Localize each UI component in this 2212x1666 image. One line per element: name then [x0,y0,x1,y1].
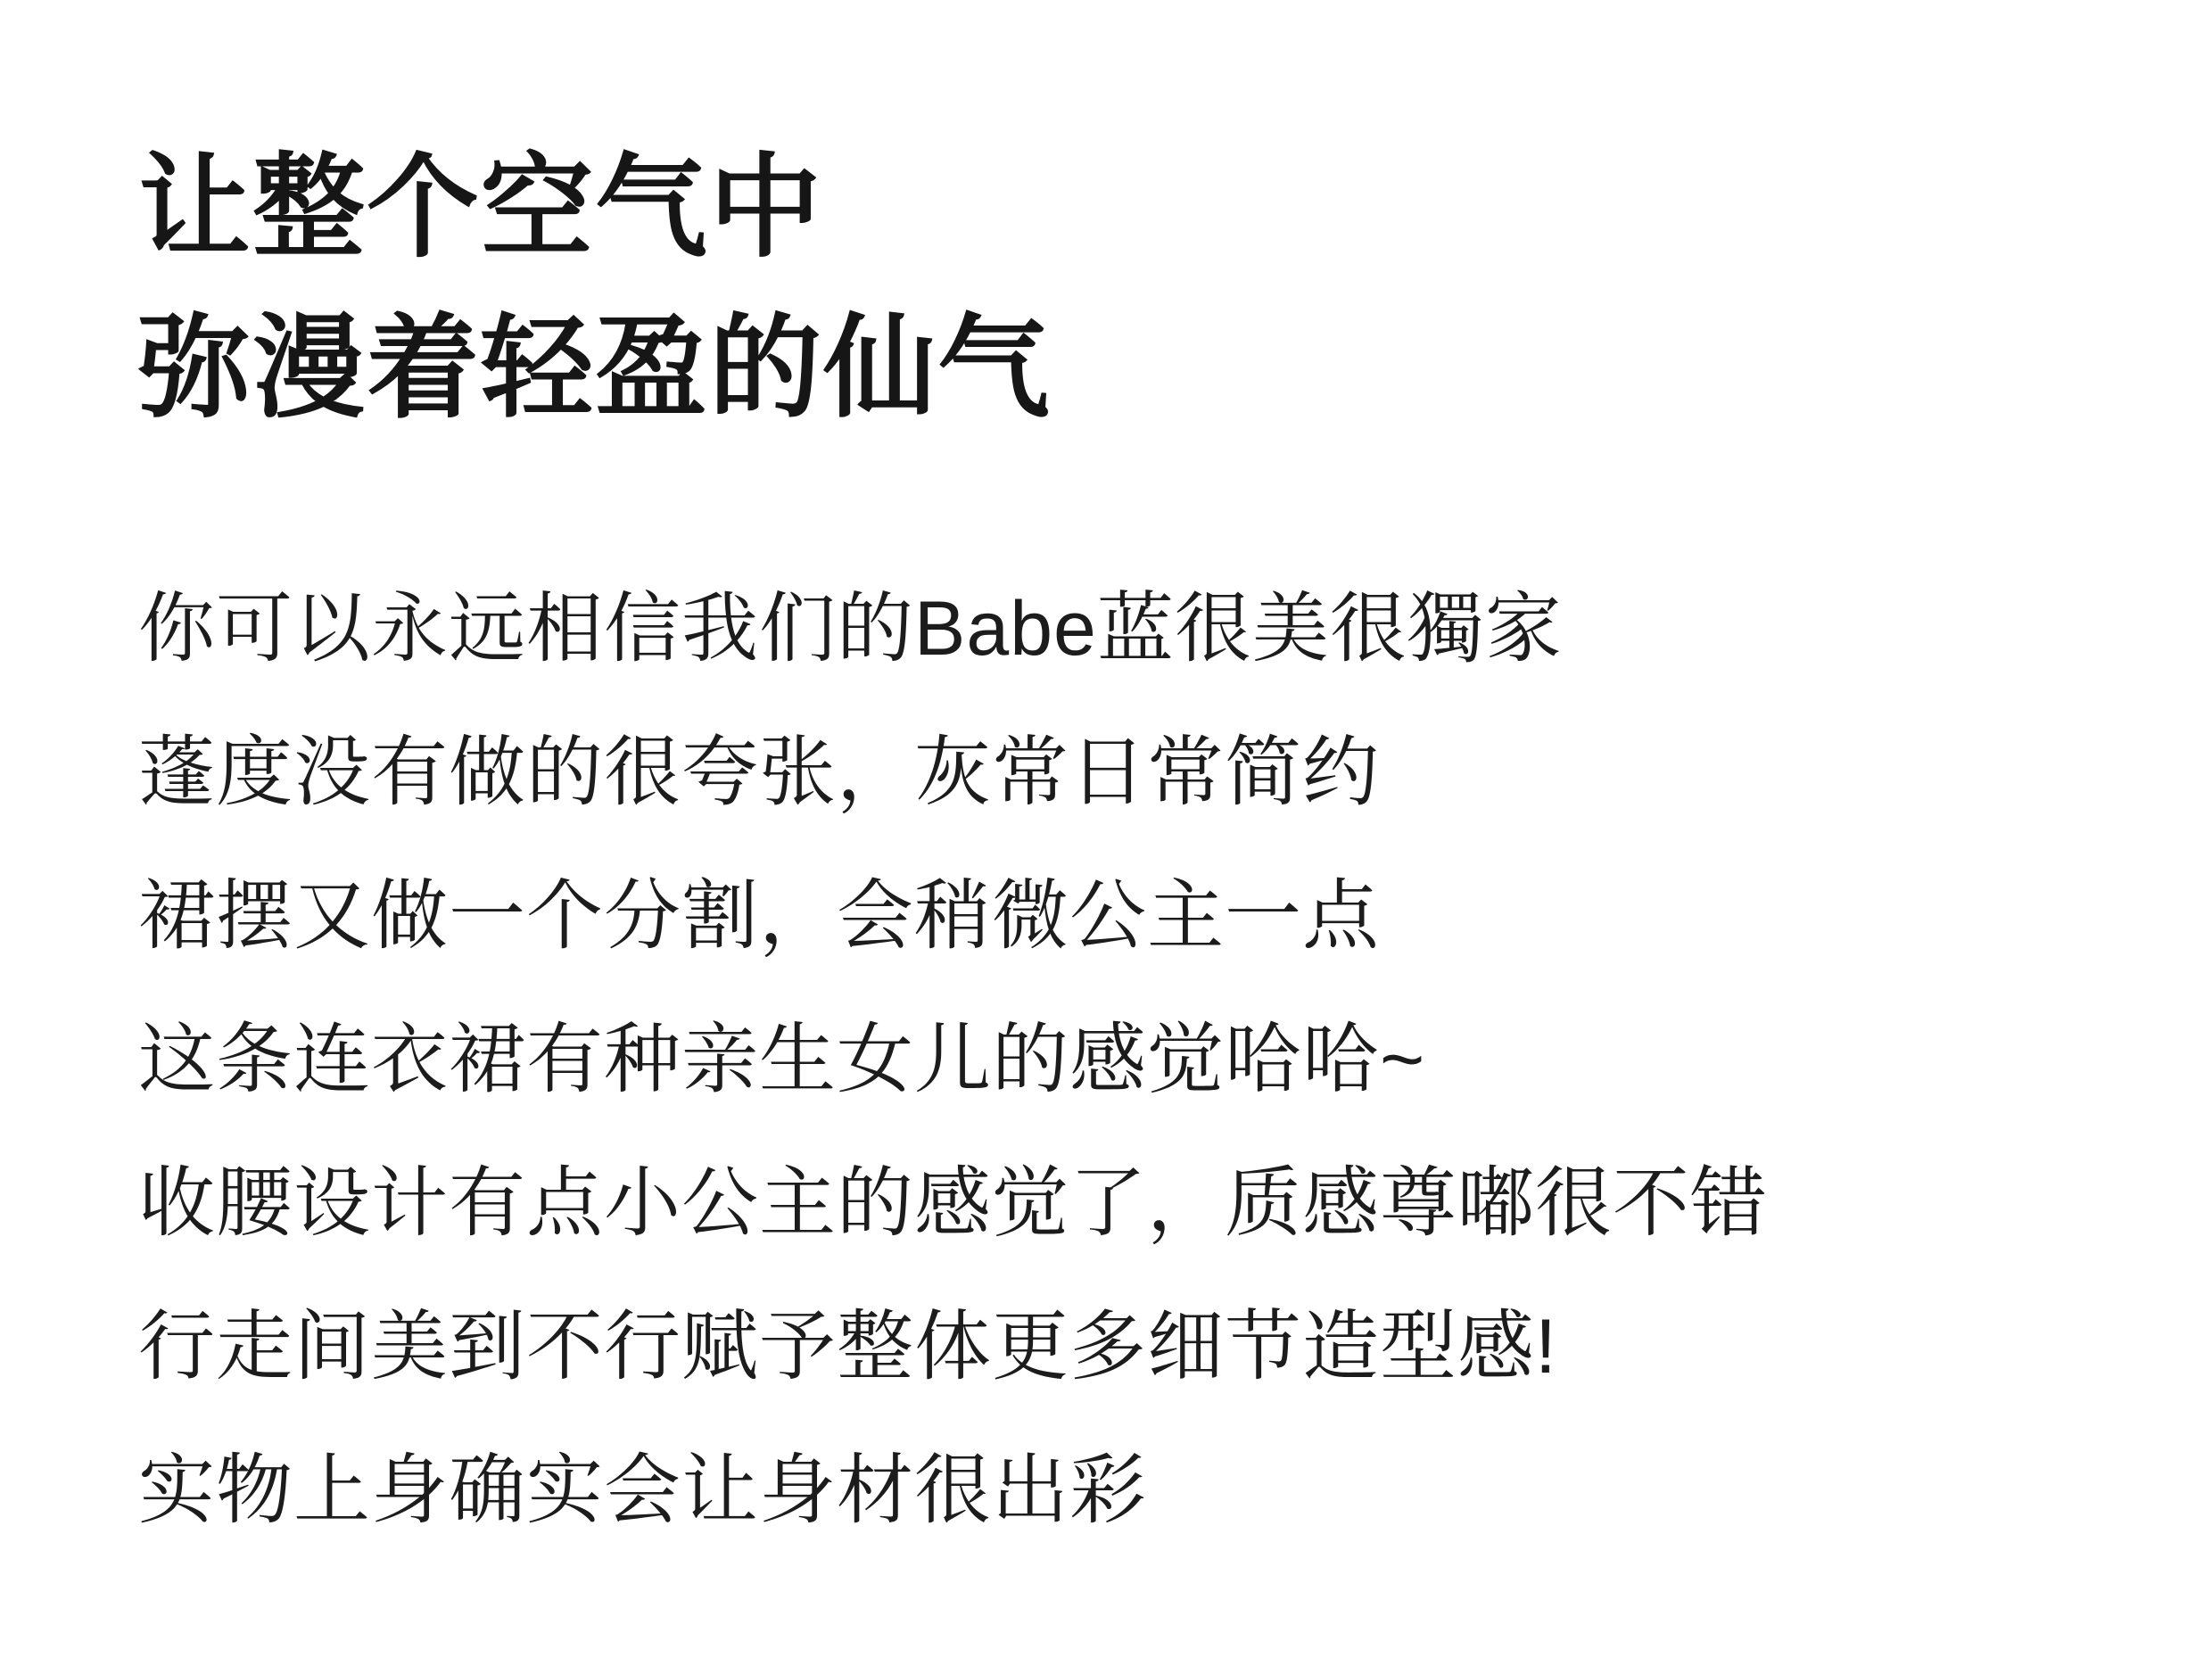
body-line-3: 裙摆又做一个分割，会稍微公主一点 [138,845,1768,988]
body-line-4: 这条连衣裙有种亲生女儿的感觉哈哈~ [138,988,1768,1132]
promo-text-page: 让整个空气中 弥漫着轻盈的仙气 你可以永远相信我们的Babe蓝很美很獨家 蓬度没… [0,0,2212,1666]
body-line-2: 蓬度没有做的很夸张，灰常日常简约 [138,701,1768,845]
headline-line-2: 弥漫着轻盈的仙气 [138,288,1052,449]
body-line-6: 行走间美到不行赋予整体更多细节造型感! [138,1275,1768,1419]
headline: 让整个空气中 弥漫着轻盈的仙气 [138,128,1052,449]
body-line-1: 你可以永远相信我们的Babe蓝很美很獨家 [138,557,1768,701]
body-line-5: 收腰设计有点小公主的感觉了，质感尊嘟很不错 [138,1132,1768,1275]
body-line-7: 实物上身确实会让身材很出彩 [138,1419,1768,1563]
headline-line-1: 让整个空气中 [138,128,1052,288]
body-copy: 你可以永远相信我们的Babe蓝很美很獨家 蓬度没有做的很夸张，灰常日常简约 裙摆… [138,557,1768,1563]
